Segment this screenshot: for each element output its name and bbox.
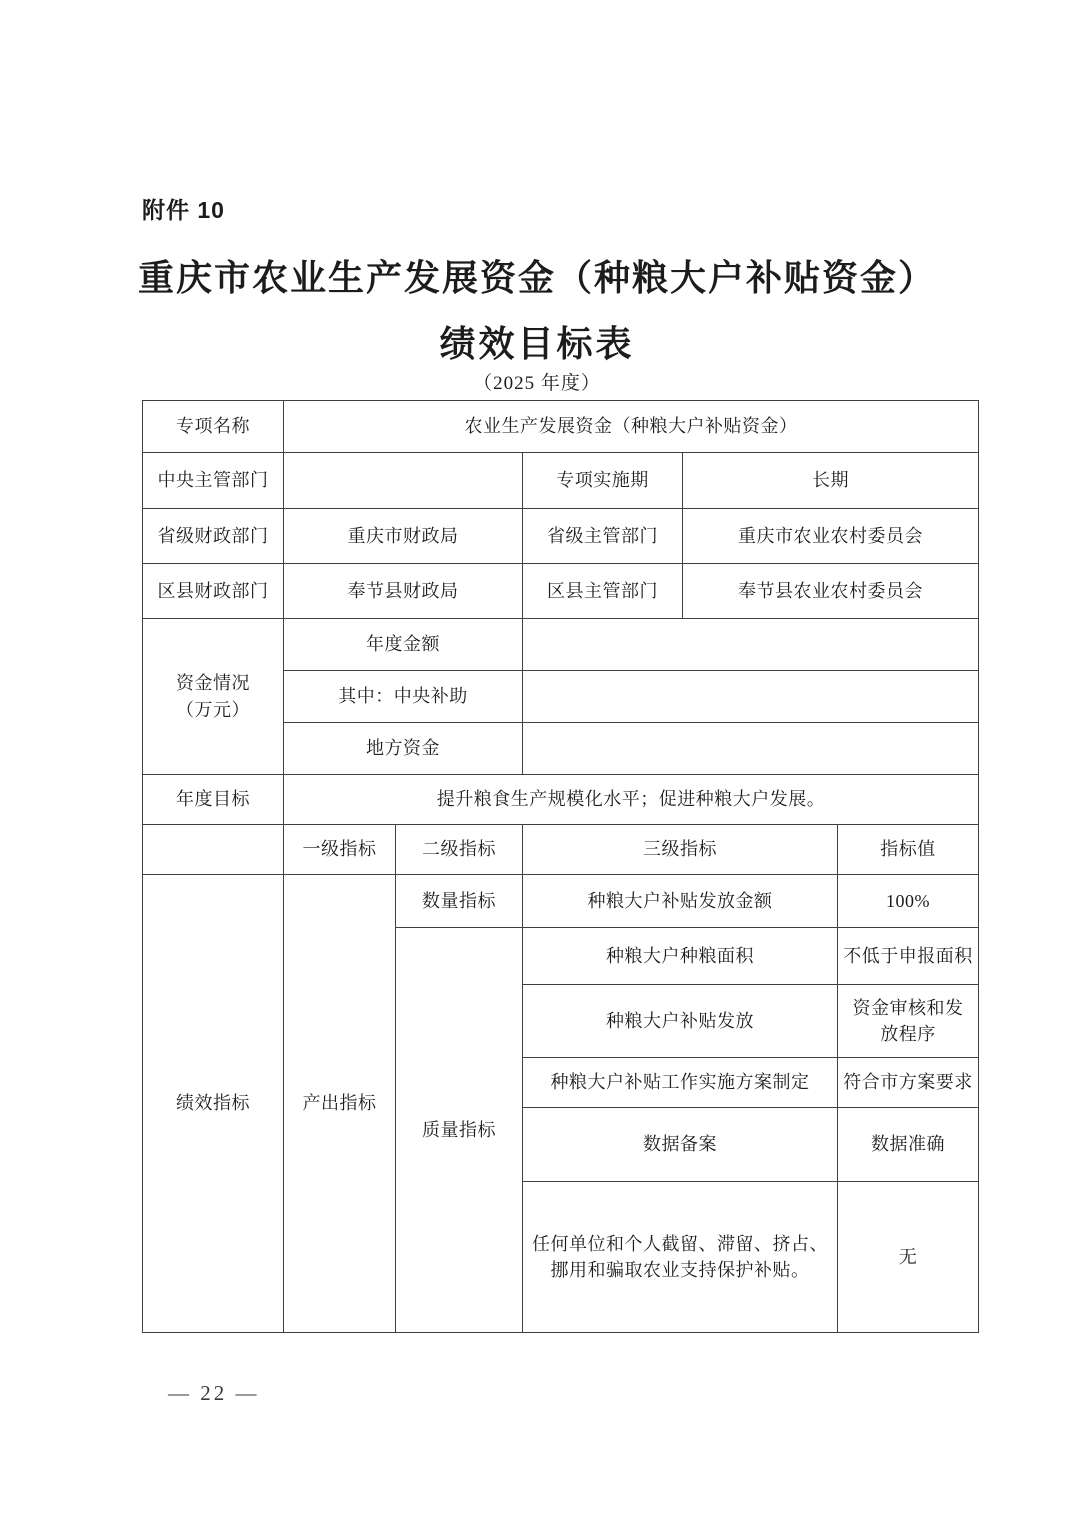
- cell-funding-annual-label: 年度金额: [284, 619, 523, 671]
- cell-county-admin-value: 奉节县农业农村委员会: [683, 564, 979, 619]
- cell-indicator-header-value: 指标值: [838, 825, 979, 875]
- cell-performance-indicator-label: 绩效指标: [143, 875, 284, 1333]
- attachment-label: 附件 10: [142, 192, 225, 225]
- row-annual-goal: 年度目标 提升粮食生产规模化水平；促进种粮大户发展。: [143, 775, 979, 825]
- cell-county-finance-label: 区县财政部门: [143, 564, 284, 619]
- cell-provincial-finance-value: 重庆市财政局: [284, 509, 523, 564]
- cell-funding-local-value: [523, 723, 979, 775]
- cell-indicator-header-level2: 二级指标: [396, 825, 523, 875]
- row-county-dept: 区县财政部门 奉节县财政局 区县主管部门 奉节县农业农村委员会: [143, 564, 979, 619]
- cell-funding-central-label: 其中：中央补助: [284, 671, 523, 723]
- cell-funding-local-label: 地方资金: [284, 723, 523, 775]
- row-provincial-dept: 省级财政部门 重庆市财政局 省级主管部门 重庆市农业农村委员会: [143, 509, 979, 564]
- cell-indicator-value: 无: [838, 1182, 979, 1333]
- cell-indicator-value: 资金审核和发 放程序: [838, 985, 979, 1058]
- cell-indicator-header-level1: 一级指标: [284, 825, 396, 875]
- cell-indicator-name: 种粮大户补贴发放金额: [523, 875, 838, 928]
- cell-funding-label: 资金情况 （万元）: [143, 619, 284, 775]
- cell-indicator-value: 数据准确: [838, 1108, 979, 1182]
- row-indicator-quantity: 绩效指标 产出指标 数量指标 种粮大户补贴发放金额 100%: [143, 875, 979, 928]
- page-number: — 22 —: [168, 1381, 260, 1406]
- cell-output-indicator-label: 产出指标: [284, 875, 396, 1333]
- row-central-dept: 中央主管部门 专项实施期 长期: [143, 453, 979, 509]
- document-page: 附件 10 重庆市农业生产发展资金（种粮大户补贴资金） 绩效目标表 （2025 …: [0, 0, 1074, 1520]
- cell-indicator-name: 种粮大户补贴发放: [523, 985, 838, 1058]
- cell-county-finance-value: 奉节县财政局: [284, 564, 523, 619]
- cell-indicator-name: 数据备案: [523, 1108, 838, 1182]
- cell-project-name-value: 农业生产发展资金（种粮大户补贴资金）: [284, 401, 979, 453]
- cell-annual-goal-label: 年度目标: [143, 775, 284, 825]
- cell-central-dept-value: [284, 453, 523, 509]
- cell-indicator-name: 种粮大户种粮面积: [523, 928, 838, 985]
- row-indicator-header: 一级指标 二级指标 三级指标 指标值: [143, 825, 979, 875]
- cell-provincial-admin-label: 省级主管部门: [523, 509, 683, 564]
- cell-indicator-value: 100%: [838, 875, 979, 928]
- cell-period-value: 长期: [683, 453, 979, 509]
- cell-county-admin-label: 区县主管部门: [523, 564, 683, 619]
- cell-provincial-finance-label: 省级财政部门: [143, 509, 284, 564]
- cell-indicator-header-blank: [143, 825, 284, 875]
- cell-indicator-header-level3: 三级指标: [523, 825, 838, 875]
- cell-period-label: 专项实施期: [523, 453, 683, 509]
- cell-indicator-value: 不低于申报面积: [838, 928, 979, 985]
- cell-central-dept-label: 中央主管部门: [143, 453, 284, 509]
- cell-indicator-name: 任何单位和个人截留、滞留、挤占、挪用和骗取农业支持保护补贴。: [523, 1182, 838, 1333]
- cell-indicator-value: 符合市方案要求: [838, 1058, 979, 1108]
- cell-indicator-name: 种粮大户补贴工作实施方案制定: [523, 1058, 838, 1108]
- row-funding-annual: 资金情况 （万元） 年度金额: [143, 619, 979, 671]
- cell-provincial-admin-value: 重庆市农业农村委员会: [683, 509, 979, 564]
- cell-quality-indicator-label: 质量指标: [396, 928, 523, 1333]
- row-project-name: 专项名称 农业生产发展资金（种粮大户补贴资金）: [143, 401, 979, 453]
- cell-quantity-indicator-label: 数量指标: [396, 875, 523, 928]
- document-subtitle-year: （2025 年度）: [0, 368, 1074, 395]
- cell-project-name-label: 专项名称: [143, 401, 284, 453]
- cell-annual-goal-value: 提升粮食生产规模化水平；促进种粮大户发展。: [284, 775, 979, 825]
- cell-funding-central-value: [523, 671, 979, 723]
- document-title-line1: 重庆市农业生产发展资金（种粮大户补贴资金）: [0, 250, 1074, 301]
- cell-funding-annual-value: [523, 619, 979, 671]
- document-title-line2: 绩效目标表: [0, 316, 1074, 367]
- performance-target-table: 专项名称 农业生产发展资金（种粮大户补贴资金） 中央主管部门 专项实施期 长期 …: [142, 400, 979, 1333]
